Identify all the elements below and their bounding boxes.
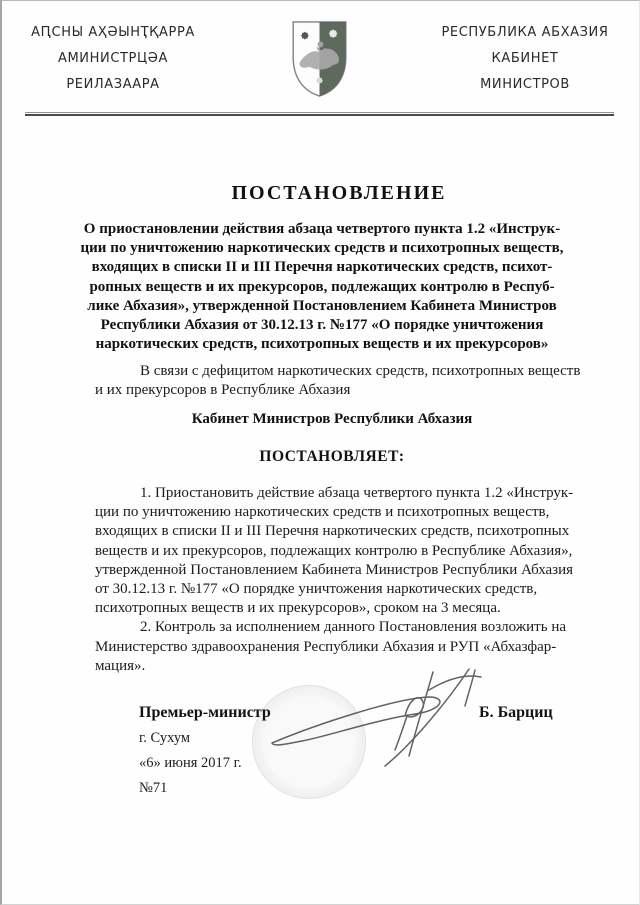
coat-of-arms-icon bbox=[290, 20, 349, 98]
letterhead-abkhaz: АԤСНЫ АҲӘЫНҬҚАРРА АМИНИСТРЦӘА РЕИЛАЗААРА bbox=[22, 22, 204, 100]
decree-preamble: В связи с дефицитом наркотических средст… bbox=[95, 362, 595, 401]
decree-item-1: 1. Приостановить действие абзаца четверт… bbox=[95, 484, 595, 618]
letterhead-abkhaz-line-1: АԤСНЫ АҲӘЫНҬҚАРРА bbox=[22, 22, 204, 48]
header-divider bbox=[25, 112, 614, 116]
letterhead-russian-line-2: КАБИНЕТ bbox=[439, 48, 611, 74]
issue-date: «6» июня 2017 г. bbox=[139, 755, 242, 772]
letterhead-russian-line-3: МИНИСТРОВ bbox=[439, 74, 611, 100]
signatory-name: Б. Барциц bbox=[479, 704, 553, 722]
issuer-line: Кабинет Министров Республики Абхазия bbox=[95, 411, 569, 428]
letterhead-abkhaz-line-2: АМИНИСТРЦӘА bbox=[22, 48, 204, 74]
document-page: АԤСНЫ АҲӘЫНҬҚАРРА АМИНИСТРЦӘА РЕИЛАЗААРА… bbox=[0, 0, 640, 905]
letterhead-russian: РЕСПУБЛИКА АБХАЗИЯ КАБИНЕТ МИНИСТРОВ bbox=[439, 22, 611, 100]
decree-items: 1. Приостановить действие абзаца четверт… bbox=[95, 484, 595, 676]
document-number: №71 bbox=[139, 780, 167, 797]
document-title: ПОСТАНОВЛЕНИЕ bbox=[36, 182, 640, 205]
issue-city: г. Сухум bbox=[139, 730, 190, 747]
letterhead-abkhaz-line-3: РЕИЛАЗААРА bbox=[22, 74, 204, 100]
resolves-heading: ПОСТАНОВЛЯЕТ: bbox=[95, 448, 569, 466]
letterhead-russian-line-1: РЕСПУБЛИКА АБХАЗИЯ bbox=[439, 22, 611, 48]
signatory-position: Премьер-министр bbox=[139, 704, 271, 722]
decree-subject: О приостановлении действия абзаца четвер… bbox=[72, 220, 572, 354]
signature-handwriting-icon bbox=[257, 664, 487, 779]
